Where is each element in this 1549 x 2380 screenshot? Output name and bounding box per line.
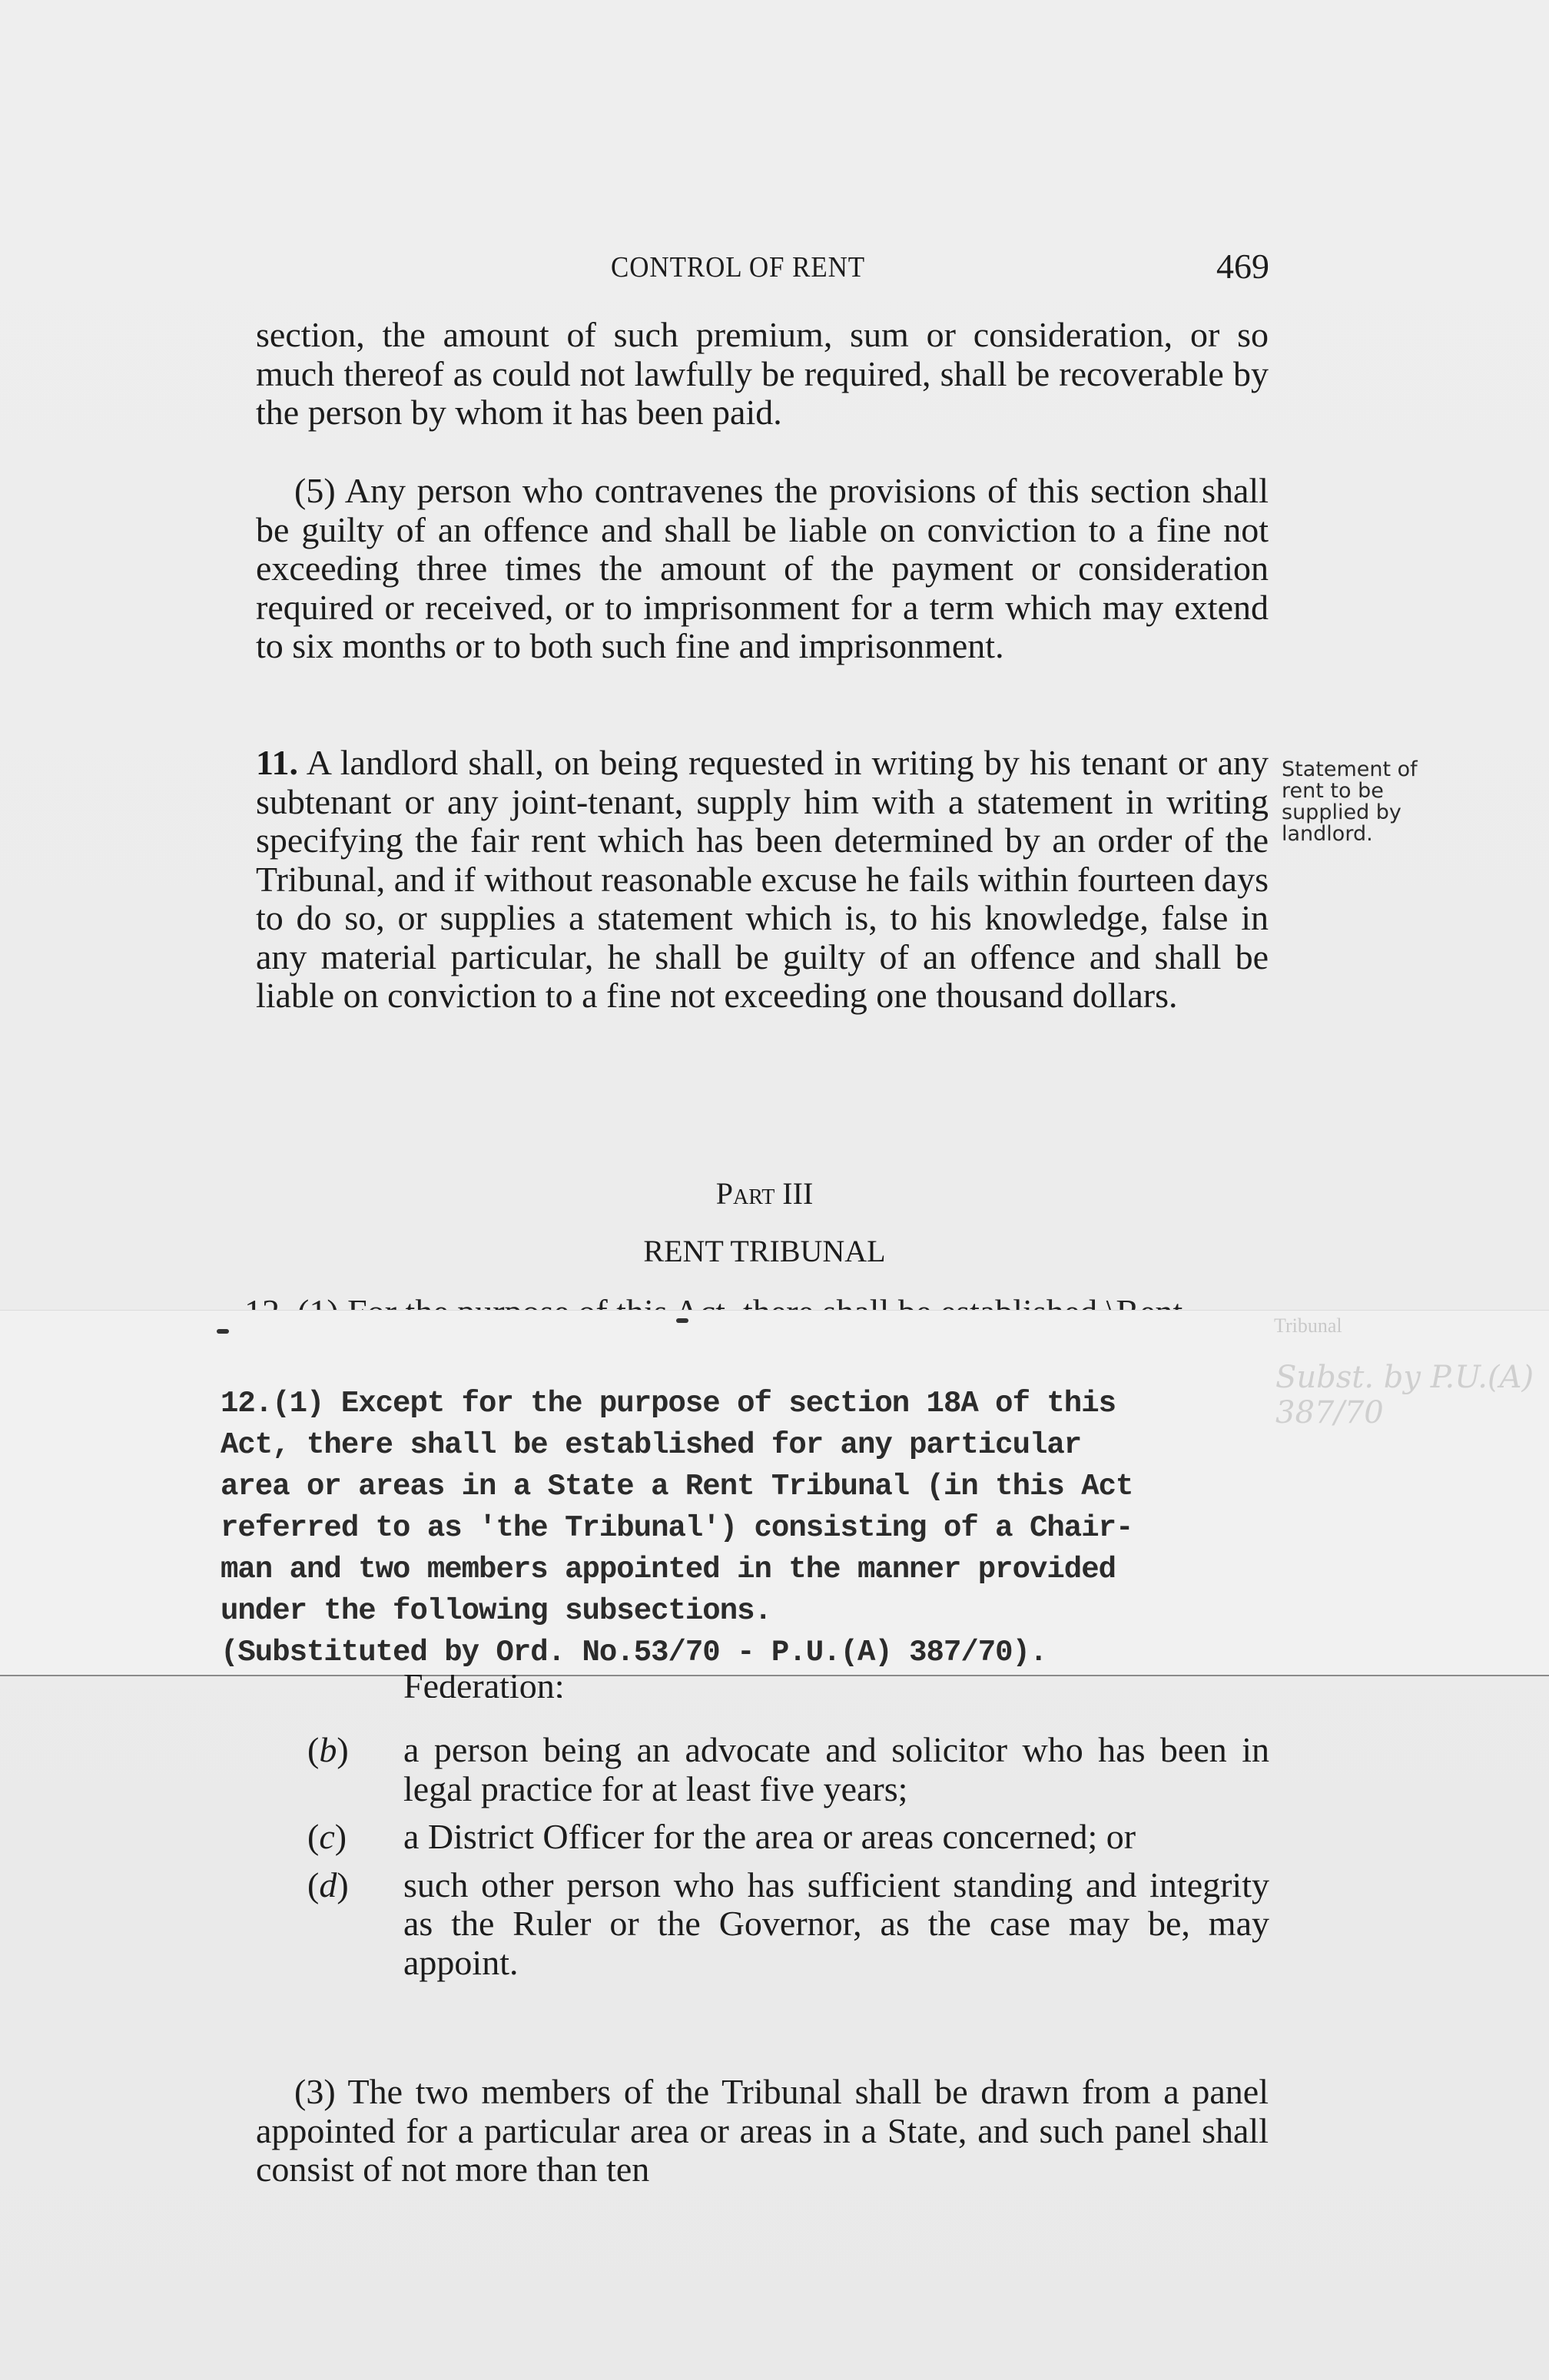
cutoff-text: 12. (1) For the purpose of this Act, the…: [244, 1293, 1182, 1310]
list-text: a person being an advocate and solicitor…: [403, 1731, 1269, 1808]
list-text: such other person who has sufficient sta…: [403, 1866, 1269, 1983]
faint-handwriting: Subst. by P.U.(A) 387/70: [1275, 1360, 1549, 1430]
qualification-list: (b) a person being an advocate and solic…: [307, 1731, 1269, 1991]
running-title: CONTROL OF RENT: [611, 250, 865, 284]
ink-mark: [217, 1329, 229, 1334]
faint-margin-note: Tribunal: [1274, 1315, 1342, 1337]
typed-line: (Substituted by Ord. No.53/70 - P.U.(A) …: [221, 1632, 1281, 1673]
typed-line: 12.(1) Except for the purpose of section…: [221, 1383, 1281, 1424]
page-number: 469: [1216, 246, 1269, 287]
original-section-12-cutoff: 12. (1) For the purpose of this Act, the…: [244, 1293, 1320, 1310]
partial-line-text: Federation;: [403, 1675, 565, 1698]
section-number: 11.: [256, 743, 298, 782]
partial-line: Federation;: [403, 1675, 565, 1698]
section-text: A landlord shall, on being requested in …: [256, 743, 1269, 1015]
part-heading: Part III: [0, 1175, 1529, 1212]
list-label: (d): [307, 1866, 349, 1905]
list-text: a District Officer for the area or areas…: [403, 1818, 1269, 1857]
margin-note: Statement of rent to be supplied by land…: [1282, 759, 1466, 845]
list-label: (b): [307, 1731, 349, 1770]
typed-amendment: 12.(1) Except for the purpose of section…: [221, 1383, 1281, 1673]
subsection-5: (5) Any person who contravenes the provi…: [256, 472, 1269, 666]
section-11: 11. A landlord shall, on being requested…: [256, 744, 1269, 1016]
typed-line: man and two members appointed in the man…: [221, 1549, 1281, 1590]
typed-line: area or areas in a State a Rent Tribunal…: [221, 1466, 1281, 1507]
part-label: Part III: [716, 1176, 814, 1211]
typed-line: Act, there shall be established for any …: [221, 1424, 1281, 1466]
paragraph-text: (3) The two members of the Tribunal shal…: [256, 2073, 1269, 2189]
list-item: (c) a District Officer for the area or a…: [307, 1818, 1269, 1857]
ink-mark: [676, 1318, 688, 1323]
list-item: (b) a person being an advocate and solic…: [307, 1731, 1269, 1808]
typed-line: under the following subsections.: [221, 1590, 1281, 1632]
part-title: RENT TRIBUNAL: [0, 1233, 1529, 1269]
list-label: (c): [307, 1818, 347, 1857]
typed-line: referred to as 'the Tribunal') consistin…: [221, 1507, 1281, 1549]
subsection-3: (3) The two members of the Tribunal shal…: [256, 2073, 1269, 2189]
paragraph-text: (5) Any person who contravenes the provi…: [256, 472, 1269, 666]
continuation-paragraph: section, the amount of such premium, sum…: [256, 316, 1269, 433]
paragraph-text: section, the amount of such premium, sum…: [256, 316, 1269, 433]
list-item: (d) such other person who has sufficient…: [307, 1866, 1269, 1983]
document-page: CONTROL OF RENT 469 section, the amount …: [0, 0, 1549, 2380]
